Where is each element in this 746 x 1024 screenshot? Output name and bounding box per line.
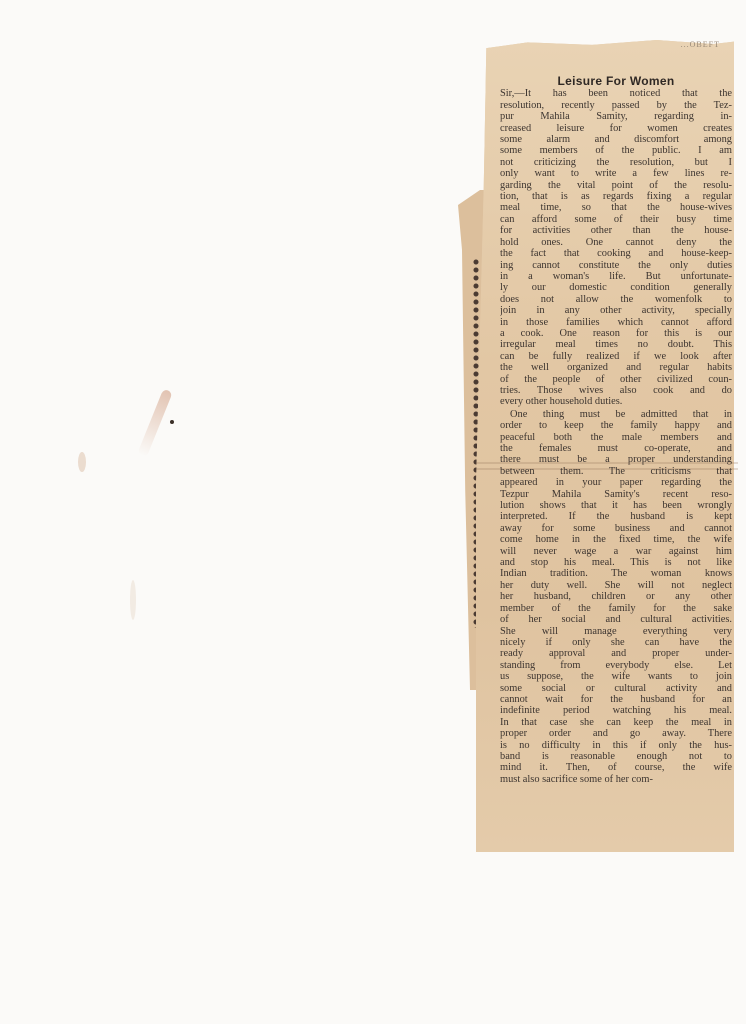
text-line: join in any other activity, specially <box>500 305 732 316</box>
text-line: peaceful both the male members and <box>500 432 732 443</box>
text-line: some social or cultural activity and <box>500 683 732 694</box>
text-line: in those families which cannot afford <box>500 317 732 328</box>
text-line: pur Mahila Samity, regarding in- <box>500 111 732 122</box>
text-line: proper order and go away. There <box>500 728 732 739</box>
text-line: her husband, children or any other <box>500 591 732 602</box>
paragraph-2: One thing must be admitted that inorder … <box>500 409 732 785</box>
text-line: ing cannot constitute the only duties <box>500 260 732 271</box>
headline: Leisure For Women <box>500 76 732 87</box>
text-line: can afford some of their busy time <box>500 214 732 225</box>
text-line: tries. Those wives also cook and do <box>500 385 732 396</box>
text-line: indefinite period watching his meal. <box>500 705 732 716</box>
text-line: in a woman's life. But unfortunate- <box>500 271 732 282</box>
text-line: between them. The criticisms that <box>500 466 732 477</box>
text-line: meal time, so that the house-wives <box>500 202 732 213</box>
text-line: ready approval and proper under- <box>500 648 732 659</box>
text-line: there must be a proper understanding <box>500 454 732 465</box>
text-line: does not allow the womenfolk to <box>500 294 732 305</box>
text-line: of her social and cultural activities. <box>500 614 732 625</box>
text-line: for activities other than the house- <box>500 225 732 236</box>
text-line: away for some business and cannot <box>500 523 732 534</box>
stain-mark <box>137 389 172 458</box>
masthead-fragment: ...OBEFT <box>560 40 720 49</box>
text-line: In that case she can keep the meal in <box>500 717 732 728</box>
text-line: resolution, recently passed by the Tez- <box>500 100 732 111</box>
text-line: some members of the public. I am <box>500 145 732 156</box>
text-line: come home in the fixed time, the wife <box>500 534 732 545</box>
text-line: creased leisure for women creates <box>500 123 732 134</box>
text-line: hold ones. One cannot deny the <box>500 237 732 248</box>
text-line: only want to write a few lines re- <box>500 168 732 179</box>
text-line: and stop his meal. This is not like <box>500 557 732 568</box>
text-line: tion, that is as regards fixing a regula… <box>500 191 732 202</box>
text-line: She will manage everything very <box>500 626 732 637</box>
letter-article: Leisure For Women Sir,—It has been notic… <box>500 76 732 785</box>
text-line: must also sacrifice some of her com- <box>500 774 732 785</box>
text-line: order to keep the family happy and <box>500 420 732 431</box>
text-line: lution shows that it has been wrongly <box>500 500 732 511</box>
text-line: the well organized and regular habits <box>500 362 732 373</box>
text-line: band is reasonable enough not to <box>500 751 732 762</box>
text-line: a cook. One reason for this is our <box>500 328 732 339</box>
stain-mark <box>130 580 136 620</box>
text-line: her duty well. She will not neglect <box>500 580 732 591</box>
text-line: can be fully realized if we look after <box>500 351 732 362</box>
text-line: the fact that cooking and house-keep- <box>500 248 732 259</box>
text-line: mind it. Then, of course, the wife <box>500 762 732 773</box>
text-line: One thing must be admitted that in <box>500 409 732 420</box>
text-line: cannot wait for the husband for an <box>500 694 732 705</box>
text-line: ly our domestic condition generally <box>500 282 732 293</box>
text-line: nicely if only she can have the <box>500 637 732 648</box>
text-line: member of the family for the sake <box>500 603 732 614</box>
text-line: standing from everybody else. Let <box>500 660 732 671</box>
text-line: is no difficulty in this if only the hus… <box>500 740 732 751</box>
text-line: interpreted. If the husband is kept <box>500 511 732 522</box>
text-line: will never wage a war against him <box>500 546 732 557</box>
text-line: every other household duties. <box>500 396 732 407</box>
stain-mark <box>78 452 86 472</box>
paragraph-1: Sir,—It has been noticed that theresolut… <box>500 88 732 407</box>
text-line: Indian tradition. The woman knows <box>500 568 732 579</box>
text-line: garding the vital point of the resolu- <box>500 180 732 191</box>
text-line: Tezpur Mahila Samity's recent reso- <box>500 489 732 500</box>
text-line: some alarm and discomfort among <box>500 134 732 145</box>
text-line: us suppose, the wife wants to join <box>500 671 732 682</box>
text-line: of the people of other civilized coun- <box>500 374 732 385</box>
text-line: irregular meal times no doubt. This <box>500 339 732 350</box>
ink-speck <box>170 420 174 424</box>
text-line: not criticizing the resolution, but I <box>500 157 732 168</box>
text-line: appeared in your paper regarding the <box>500 477 732 488</box>
text-line: the females must co-operate, and <box>500 443 732 454</box>
text-line: Sir,—It has been noticed that the <box>500 88 732 99</box>
